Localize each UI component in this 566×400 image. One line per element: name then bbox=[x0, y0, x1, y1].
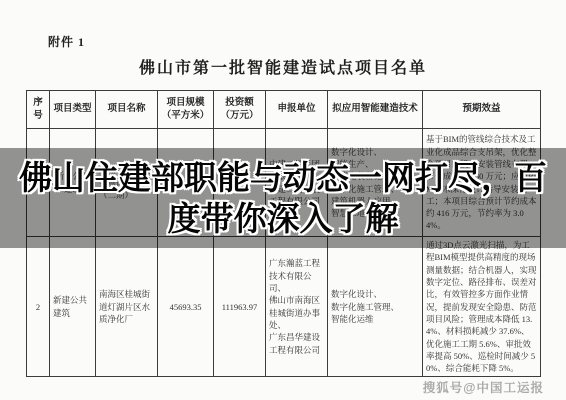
attachment-label: 附件 1 bbox=[48, 33, 85, 50]
header-type: 项目类型 bbox=[50, 91, 96, 129]
cell-benefit: 通过3D点云激光扫描，为工程BIM模型提供高精度的现场测量数据；结合机器人，实现… bbox=[423, 237, 541, 377]
header-benefit: 预期效益 bbox=[423, 91, 541, 129]
document-title: 佛山市第一批智能建造试点项目名单 bbox=[0, 55, 566, 78]
cell-applicant: 广东瀚蓝工程技术有限公司、 佛山市南海区桂城街道办事处、 广东昌华建设工程有限公… bbox=[266, 237, 328, 377]
cell-type: 新建公共 建筑 bbox=[50, 237, 96, 377]
header-investment: 投资额 （万元） bbox=[214, 91, 266, 129]
document-page: 附件 1 佛山市第一批智能建造试点项目名单 序号 项目类型 项目名称 项目规模 … bbox=[0, 0, 566, 400]
table-header-row: 序号 项目类型 项目名称 项目规模 （平方米） 投资额 （万元） 申报单位 拟应… bbox=[27, 91, 541, 129]
header-scale: 项目规模 （平方米） bbox=[158, 91, 214, 129]
cell-tech: 数字化设计、 数字化施工管理、 智能化运维 bbox=[328, 237, 423, 377]
table-row: 2 新建公共 建筑 南海区桂城街道灯湖片区水质净化厂 45693.35 1119… bbox=[27, 237, 541, 377]
watermark-text: 搜狐号@中国工运报 bbox=[423, 378, 544, 396]
cell-seq: 2 bbox=[27, 237, 50, 377]
header-tech: 拟应用智能建造技术 bbox=[328, 91, 423, 129]
headline-text: 佛山住建部职能与动态一网打尽，百度带你深入了解 bbox=[3, 157, 563, 239]
cell-investment: 111963.97 bbox=[214, 237, 266, 377]
cell-scale: 45693.35 bbox=[158, 237, 214, 377]
header-seq: 序号 bbox=[27, 91, 50, 129]
headline-overlay-banner: 佛山住建部职能与动态一网打尽，百度带你深入了解 bbox=[0, 148, 566, 248]
header-applicant: 申报单位 bbox=[266, 91, 328, 129]
header-name: 项目名称 bbox=[96, 91, 158, 129]
cell-name: 南海区桂城街道灯湖片区水质净化厂 bbox=[96, 237, 158, 377]
